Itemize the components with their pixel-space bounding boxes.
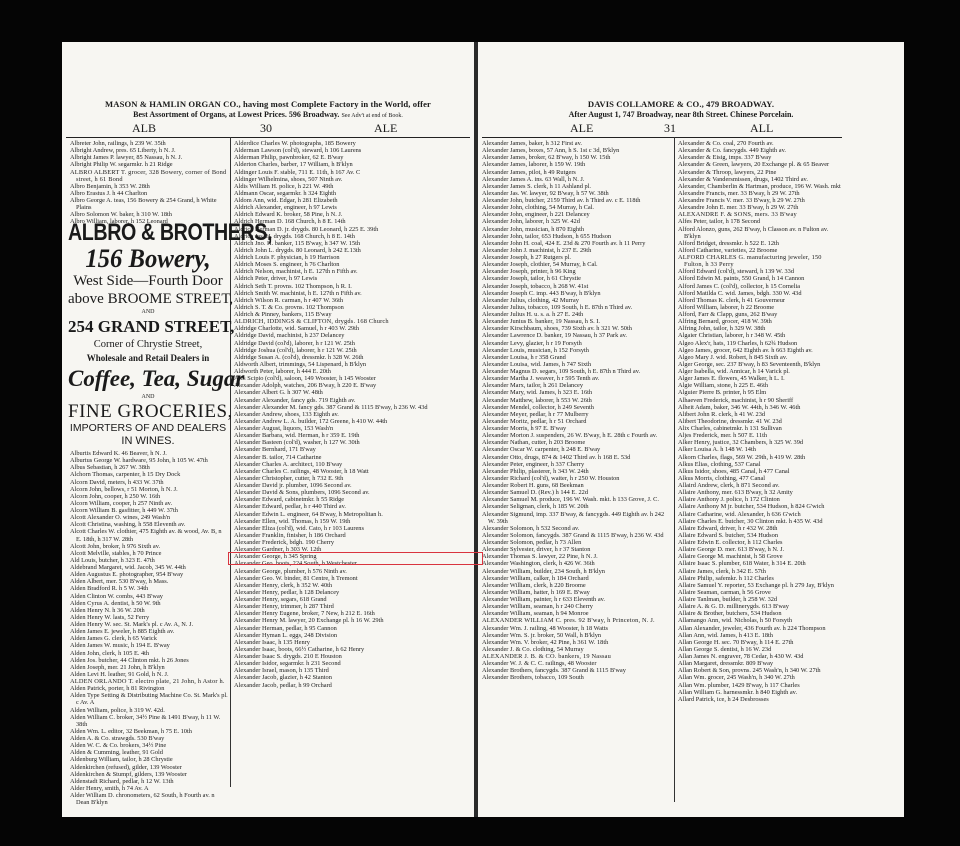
directory-entry: Allaire A. & G. D. millinerygds. 613 B'w… [678, 603, 842, 610]
directory-entry: Alden Levi H. leather, 91 Gold, h N. J. [70, 671, 228, 678]
directory-entry: Algeo Mary J. wid. Robert, h 845 Sixth a… [678, 354, 842, 361]
directory-entry: Alden A. & Co. strawgds. 530 B'way [70, 735, 228, 742]
right-column-divider [674, 137, 675, 802]
directory-entry: Aldrich S. T. & Co. provns. 102 Thompson [234, 304, 470, 311]
directory-entry: Alexander August, liquors, 153 Wash'n [234, 425, 470, 432]
directory-entry: Alexander & Co. coal, 270 Fourth av. [678, 140, 842, 147]
directory-entry: Alker Henry, justice, 32 Chambers, h 325… [678, 439, 842, 446]
directory-entry: Alexander Marx, tailor, h 261 Delancey [482, 382, 672, 389]
directory-entry: Alexander James A. ins. 63 Wall, h N. J. [482, 176, 672, 183]
directory-entry: Alden Type Setting & Distributing Machin… [70, 692, 228, 706]
directory-entry: Alexander Wm. J. railing, 48 Wooster, h … [482, 625, 672, 632]
directory-entry: Aldmann Oscar, segarmkr. h 324 Eighth [234, 190, 470, 197]
directory-entry: Alexander John, laborer, h 325 W. 42d [482, 218, 672, 225]
directory-entry: Alexander Thomas S. lawyer, 22 Pine, h N… [482, 553, 672, 560]
directory-entry: Alexander Otto, drugs, 874 & 1402 Third … [482, 454, 672, 461]
directory-entry: Alden John, clerk, h 105 E. 4th [70, 650, 228, 657]
ad-wholesale-retail: Wholesale and Retail Dealers in [68, 352, 228, 365]
directory-entry: ALEXANDER WILLIAM C. pres. 92 B'way, h P… [482, 617, 672, 624]
directory-entry: Alexander & Eisig, imps. 337 B'way [678, 154, 842, 161]
directory-entry: Alexander James, boxes, 57 Ann, h S. 1st… [482, 147, 672, 154]
directory-entry: Alexander Washington, clerk, h 426 W. 36… [482, 560, 672, 567]
directory-entry: Allamango Ann, wid. Nicholas, h 50 Forsy… [678, 617, 842, 624]
right-guide-word-start: ALE [570, 121, 593, 136]
directory-entry: Aldrich Jno. H. banker, 115 B'way, h 347… [234, 240, 470, 247]
left-header-note: See Adv't at end of Book. [341, 113, 402, 119]
directory-entry: Alexander Christopher, cutter, h 732 E. … [234, 475, 470, 482]
directory-entry: Alexander John H. coal, 424 E. 23d & 270… [482, 240, 672, 247]
directory-entry: Alexander Kirschbaum, shoes, 739 Sixth a… [482, 325, 672, 332]
directory-entry: Albro Solomon W. baker, h 310 W. 18th [70, 211, 228, 218]
directory-entry: Aldrich John L. drygds. 80 Leonard, h 24… [234, 247, 470, 254]
right-header-advert-line1: DAVIS COLLAMORE & CO., 479 BROADWAY. [478, 99, 904, 109]
directory-entry: Alexander Louisa, h r 358 Grand [482, 354, 672, 361]
directory-entry: Algie William, stone, h 225 E. 46th [678, 382, 842, 389]
directory-entry: Alexander Mary, wid. James, h 323 E. 16t… [482, 389, 672, 396]
directory-entry: Alexander Sylvester, driver, h r 37 Stan… [482, 546, 672, 553]
directory-entry: Alder Henry, smith, h 74 Av. A [70, 785, 228, 792]
ad-corner-chrystie: Corner of Chrystie Street, [68, 337, 228, 352]
directory-entry: Allaire Catharine, wid. Alexander, h 636… [678, 511, 842, 518]
directory-entry: Alexander Geo. W. binder, 81 Centre, h T… [234, 575, 470, 582]
directory-entry: Alcorn William, cooper, h 257 Ninth av. [70, 500, 228, 507]
directory-entry: Alexander Alexander M. fancy gds. 387 Gr… [234, 404, 470, 411]
directory-entry: Alexander Isaac, h 135 Henry [234, 639, 470, 646]
directory-entry: Aldrich Herman D. jr. drygds. 80 Leonard… [234, 226, 470, 233]
directory-entry: ALFORD CHARLES G. manufacturing jeweler,… [678, 254, 842, 268]
directory-entry: Alden William, police, h 319 W. 42d. [70, 707, 228, 714]
directory-entry: Allan Wm. plumber, 1429 B'way, h 117 Cha… [678, 682, 842, 689]
directory-entry: Alexander Joseph, tailor, h 61 Chrystie [482, 275, 672, 282]
directory-entry: Alexander John, butcher, 2159 Third av. … [482, 197, 672, 204]
directory-entry: Alexander Andrew, shoes, 133 Eighth av. [234, 411, 470, 418]
directory-entry: Alford Matilda C. wid. James, bdgh. 330 … [678, 290, 842, 297]
directory-entry: Alexander William, seaman, h 94 Monroe [482, 610, 672, 617]
directory-entry: Allan Robert & Son, provns. 245 Wash'n, … [678, 667, 842, 674]
directory-entry: Allaire Anthony, mer. 613 B'way, h 32 Am… [678, 489, 842, 496]
directory-entry: Alexander & Co. fancygds. 449 Eighth av. [678, 147, 842, 154]
directory-entry: Alcott Christina, washing, h 558 Elevent… [70, 521, 228, 528]
directory-entry: Alexander Martha J. weaver, h r 595 Tent… [482, 375, 672, 382]
column4-list: Alexander & Co. coal, 270 Fourth av.Alex… [678, 140, 842, 703]
directory-entry: Alexander Henry, segars, 618 Grand [234, 596, 470, 603]
directory-entry: Allaire George D. mer. 613 B'way, h N. J… [678, 546, 842, 553]
directory-entry: Aldridge Susan A. (col'd), dressmkr. h 3… [234, 354, 470, 361]
column1-bottom-list: Alburtis Edward K. 46 Beaver, h N. J.Alb… [70, 450, 228, 806]
directory-entry: Albro Erastus J. h 44 Charlton [70, 190, 228, 197]
directory-entry: Alfring Bernard, grocer, 418 W. 39th [678, 318, 842, 325]
directory-entry: Alder William D. chronometers, 62 South,… [70, 792, 228, 806]
directory-entry: Alexander Andrew L. A. builder, 172 Gree… [234, 418, 470, 425]
directory-entry: Alexander William, builder, 234 South, h… [482, 568, 672, 575]
directory-entry: Alexander Bernhard, 171 B'way [234, 446, 470, 453]
right-guide-word-end: ALL [750, 121, 773, 136]
directory-entry: Alford, Farr & Clapp, guns, 262 B'way [678, 311, 842, 318]
ad-west-side: West Side—Fourth Door [68, 272, 228, 290]
directory-entry: Alexander Oscar W. carpenter, h 248 E. B… [482, 446, 672, 453]
directory-entry: Alcorn William B. gasfitter, h 449 W. 37… [70, 507, 228, 514]
directory-entry: Alden James W. music, h 194 E. B'way [70, 642, 228, 649]
directory-entry: Allard Patrick, ice, h 24 Desbrosses [678, 696, 842, 703]
directory-entry: Alexander William, clerk, h 220 Broome [482, 582, 672, 589]
left-page-number: 30 [260, 121, 272, 136]
directory-entry: Ales Scipio (col'd), saloon, 149 Wooster… [234, 375, 470, 382]
directory-entry: Aldrich Peter, driver, h 97 Lewis [234, 275, 470, 282]
directory-entry: Alexander Robert H. guns, 68 Beekman [482, 482, 672, 489]
directory-entry: Allaire Anthony M jr. butcher, 534 Hudso… [678, 503, 842, 510]
directory-entry: Alexander Seligman, clerk, h 185 W. 20th [482, 503, 672, 510]
directory-entry: Alden Bradford R. h 5 W. 34th [70, 585, 228, 592]
directory-entry: Algeo James, grocer, 642 Eighth av. h 66… [678, 347, 842, 354]
directory-entry: Alexander David jr. plumber, 1096 Second… [234, 482, 470, 489]
directory-entry: Alden Albert, mer. 530 B'way, h Mass. [70, 578, 228, 585]
directory-entry: Alcott Alexander O. wines, 249 Wash'n [70, 514, 228, 521]
directory-entry: Alexander Albert G. h 307 W. 48th [234, 389, 470, 396]
directory-entry: Allan William G. harnessmkr. h 840 Eight… [678, 689, 842, 696]
directory-entry: Alexander W. J. & C. C. railings, 48 Woo… [482, 660, 672, 667]
ad-fine-groceries: FINE GROCERIES, [68, 402, 228, 422]
directory-entry: Alexander George, plumber, h 576 Ninth a… [234, 568, 470, 575]
directory-entry: Alford James C. (col'd), collector, h 15… [678, 283, 842, 290]
right-page: DAVIS COLLAMORE & CO., 479 BROADWAY. Aft… [478, 42, 904, 817]
directory-entry: Alexander Joseph, printer, h 96 King [482, 268, 672, 275]
directory-entry: Alexander James, pilot, h 49 Rutgers [482, 169, 672, 176]
directory-entry: Allaire George M. machinist, h 58 Grove [678, 553, 842, 560]
directory-entry: Alexander Brothers, fancygds. 387 Grand … [482, 667, 672, 674]
directory-entry: Allan Margaret, dressmkr. 809 B'way [678, 660, 842, 667]
directory-entry: Alfes Peter, tailor, h 178 Second [678, 218, 842, 225]
directory-entry: Alden Wm. L. editor, 32 Beekman, h 75 E.… [70, 728, 228, 735]
directory-entry: Aldrich Louis F. physician, h 19 Harriso… [234, 254, 470, 261]
directory-entry: Alexandre Francis V. mer. 33 B'way, h 29… [678, 197, 842, 204]
directory-entry: Aldrich Jas. H. drygds. 168 Church, h 8 … [234, 233, 470, 240]
directory-entry: Aldis William H. police, h 221 W. 49th [234, 183, 470, 190]
directory-entry: Alexander Louis, musician, h 152 Forsyth [482, 347, 672, 354]
directory-entry: Alexander Isidor, segarmkr. h 231 Second [234, 660, 470, 667]
directory-entry: Alexander Morris, h 97 E. B'way [482, 425, 672, 432]
directory-entry: Alden & Cumming, leather, 91 Gold [70, 749, 228, 756]
directory-entry: Alford Bridget, dressmkr. h 522 E. 12th [678, 240, 842, 247]
directory-entry: Aldridge Joshua (col'd), laborer, h r 12… [234, 347, 470, 354]
directory-entry: Albreter John, railings, h 239 W. 35th [70, 140, 228, 147]
directory-entry: Alexander Hyman L. eggs, 248 Division [234, 632, 470, 639]
left-page: MASON & HAMLIN ORGAN CO., having most Co… [62, 42, 474, 817]
directory-entry: Aldrich Alexander, engineer, h 97 Lewis [234, 204, 470, 211]
directory-entry: ALEXANDRE F. & SONS, mers. 33 B'way [678, 211, 842, 218]
directory-entry: Alkorn Charles, flags, 569 W. 29th, h 41… [678, 454, 842, 461]
right-page-number: 31 [664, 121, 676, 136]
directory-entry: Alexander Philip, plasterer, h 343 W. 24… [482, 468, 672, 475]
directory-entry: Alger George, sec. 237 B'way, h 83 Seven… [678, 361, 842, 368]
directory-entry: Alexander David & Sons, plumbers, 1096 S… [234, 489, 470, 496]
ad-and-1: AND [68, 308, 228, 317]
directory-entry: Allaire James, clerk, h 342 E. 57th [678, 568, 842, 575]
directory-entry: Allan James N. engraver, 78 Cedar, h 430… [678, 653, 842, 660]
directory-entry: Allaire Philip, safemkr. h 112 Charles [678, 575, 842, 582]
directory-entry: Alden W. C. & Co. brokers, 34½ Pine [70, 742, 228, 749]
ad-company-name: ALBRO & BROTHERS, [68, 220, 207, 246]
directory-entry: ALDEN ORLANDO T. electro plate, 21 John,… [70, 678, 228, 685]
directory-entry: Alexandre Francis, mer. 33 B'way, h 29 W… [678, 190, 842, 197]
directory-entry: Alden James G. clerk, h 65 Varick [70, 635, 228, 642]
directory-entry: Allaire Anthony J. police, h 172 Clinton [678, 496, 842, 503]
directory-entry: Alden Henry W. lasts, 52 Ferry [70, 614, 228, 621]
directory-entry: Alexander Junius B. banker, 19 Nassau, h… [482, 318, 672, 325]
directory-entry: Allaire Tanlman, builder, h 258 W. 32d [678, 596, 842, 603]
directory-entry: Albus Sebastian, h 267 W. 38th [70, 464, 228, 471]
directory-entry: Alexander Charles A. architect, 110 B'wa… [234, 461, 470, 468]
directory-entry: Alexander James, laborer, h 159 W. 19th [482, 161, 672, 168]
directory-entry: Alexander Alexander, fancy gds. 719 Eigh… [234, 397, 470, 404]
directory-entry: Aldrich Edward K. broker, 58 Pine, h N. … [234, 211, 470, 218]
directory-entry: Alexander Meyer, pedlar, h r 77 Mulberry [482, 411, 672, 418]
directory-entry: Alden Cyrus A. dentist, h 50 W. 9th [70, 600, 228, 607]
directory-entry: Alexander Matthew, laborer, h 553 W. 26t… [482, 397, 672, 404]
column1-top-list: Albreter John, railings, h 239 W. 35thAl… [70, 140, 228, 226]
directory-entry: Alcott Charles W. clothier, 475 Eighth a… [70, 528, 228, 542]
directory-entry: Alkus Elias, clothing, 537 Canal [678, 461, 842, 468]
directory-entry: Alker Louisa A. h 148 W. 14th [678, 446, 842, 453]
directory-entry: Aldridge David (col'd), laborer, h r 121… [234, 340, 470, 347]
directory-entry: Alexander Jacob, pedlar, h 99 Orchard [234, 682, 470, 689]
directory-entry: Alchorn Thomas, carpenter, h 15 Dry Dock [70, 471, 228, 478]
directory-entry: Alexander Solomon, h 532 Second av. [482, 525, 672, 532]
directory-entry: Allaire Charles E. butcher, 30 Clinton m… [678, 518, 842, 525]
directory-entry: Alcorn David, meters, h 433 W. 37th [70, 479, 228, 486]
ad-coffee-tea-sugar: Coffee, Tea, Sugar [68, 365, 228, 393]
directory-entry: Alexander John, engineer, h 221 Delancey [482, 211, 672, 218]
column3-list: Alexander James, baker, h 312 First av.A… [482, 140, 672, 682]
directory-entry: Allaire Samuel Y. reporter, 53 Exchange … [678, 582, 842, 589]
ad-above-broome: above BROOME STREET, [68, 290, 228, 308]
directory-entry: Aldrich Nelson, machinist, h E. 127th n … [234, 268, 470, 275]
left-guide-word-end: ALE [374, 121, 397, 136]
directory-entry: Alexander Frederick, bdgh. 190 Cherry [234, 539, 470, 546]
directory-entry: Alburtis Edward K. 46 Beaver, h N. J. [70, 450, 228, 457]
directory-entry: Alford Alonzo, guns, 262 B'way, h Classo… [678, 226, 842, 240]
directory-entry: Alexander Nathan, cutter, h 203 Broome [482, 439, 672, 446]
left-running-head: ALB 30 ALE [62, 121, 474, 135]
directory-entry: Alford William, laborer, h 22 Broome [678, 304, 842, 311]
directory-entry: Alexander B. tailor, 714 Catharine [234, 454, 470, 461]
directory-entry: Alexander Jacob, glazier, h 42 Stanton [234, 674, 470, 681]
directory-entry: Alexandre John E. mer. 33 B'way, h 29 W.… [678, 204, 842, 211]
directory-entry: Alexander John, musician, h 870 Eighth [482, 226, 672, 233]
directory-entry: Aldenburg William, tailor, h 28 Chrystie [70, 756, 228, 763]
directory-entry: Alexander Henry, clerk, h 352 W. 40th [234, 582, 470, 589]
directory-entry: Alford Catharine, varieties, 22 Broome [678, 247, 842, 254]
directory-entry: Alexander James, broker, 62 B'way, h 150… [482, 154, 672, 161]
albro-brothers-advertisement: ALBRO & BROTHERS, 156 Bowery, West Side—… [68, 220, 228, 448]
directory-entry: Alexander Magnus D. segars, 109 South, h… [482, 368, 672, 375]
left-header-advert-text: Best Assortment of Organs, at Lowest Pri… [133, 110, 339, 119]
directory-entry: Alexander Charles C. railings, 48 Wooste… [234, 468, 470, 475]
directory-entry: Alexander Isaac, boots, 66½ Catharine, h… [234, 646, 470, 653]
directory-entry: Alden Henry N. h 36 W. 20th [70, 607, 228, 614]
directory-entry: Aldridge Charlotte, wid. Samuel, h r 403… [234, 325, 470, 332]
directory-entry: Alexander Solomon, fancygds. 387 Grand &… [482, 532, 672, 539]
directory-entry: Aldworth Albert, trimmings, 54 Lispenard… [234, 361, 470, 368]
directory-entry: Allaire Edward, driver, h r 432 W. 28th [678, 525, 842, 532]
directory-entry: Alderton Charles, barber, 17 William, h … [234, 161, 470, 168]
directory-entry: Aljes Frederick, mer. h 507 E. 11th [678, 432, 842, 439]
directory-entry: Alexander Isaac S. drygds. 210 E Houston [234, 653, 470, 660]
directory-entry: Aldridge David, machinist, h 237 Delance… [234, 332, 470, 339]
directory-entry: ALEXANDER J. B. & CO. bankers, 19 Nassau [482, 653, 672, 660]
directory-entry: Alcott John, broker, h 976 Sixth av. [70, 543, 228, 550]
directory-entry: Alexander Ellen, wid. Thomas, h 159 W. 1… [234, 518, 470, 525]
directory-entry: ALDRICH, IDDINGS & CLIFTON, drygds. 168 … [234, 318, 470, 325]
directory-entry: Algaier Christian, laborer, h r 348 W. 4… [678, 332, 842, 339]
directory-entry: Alden James E. jeweler, h 885 Eighth av. [70, 628, 228, 635]
directory-entry: Alexander William, painter, h r 633 Elev… [482, 596, 672, 603]
directory-entry: Aldrich Herman D. 168 Church, h 8 E. 14t… [234, 218, 470, 225]
directory-entry: Albright Andrew, pres. 65 Liberty, h N. … [70, 147, 228, 154]
directory-entry: Alix Charles, cabinetmkr. h 131 Sullivan [678, 425, 842, 432]
right-running-head: ALE 31 ALL [478, 121, 904, 135]
directory-entry: Alibert John R. clerk, h 41 W. 23d [678, 411, 842, 418]
directory-entry: Alexander Levy, glazier, h r 19 Forsyth [482, 340, 672, 347]
directory-entry: Alford Edward (col'd), steward, h 139 W.… [678, 268, 842, 275]
directory-entry: Alexander & Throop, lawyers, 22 Pine [678, 169, 842, 176]
directory-entry: Alcorn John, bellows, r 51 Morton, h N. … [70, 486, 228, 493]
directory-entry: Alexander Richard (col'd), waiter, h r 2… [482, 475, 672, 482]
directory-entry: ALBRO ALBERT T. grocer, 328 Bowery, corn… [70, 169, 228, 183]
directory-entry: Alden Jos. butcher, 44 Clinton mkt. h 26… [70, 657, 228, 664]
directory-entry: Aldenstadt Richard, pedlar, h 12 W. 13th [70, 778, 228, 785]
directory-entry: Alexander William, seaman, h r 240 Cherr… [482, 603, 672, 610]
directory-entry: Allan Alexander, jeweler, 436 Fourth av.… [678, 625, 842, 632]
left-header-advert-line1: MASON & HAMLIN ORGAN CO., having most Co… [62, 99, 474, 109]
directory-entry: Alexander J. & Co. clothing, 54 Murray [482, 646, 672, 653]
directory-entry: Alguier Pierre B. printer, h 95 Elm [678, 389, 842, 396]
directory-entry: Alhaeven Frederick, machinist, h r 90 Sh… [678, 397, 842, 404]
directory-entry: Alburtus George W. hardware, 95 John, h … [70, 457, 228, 464]
directory-entry: Alkus Isidor, shoes, 485 Canal, h 477 Ca… [678, 468, 842, 475]
directory-entry: Alexander Franklin, finisher, h 186 Orch… [234, 532, 470, 539]
directory-entry: Alden Henry W. sec. St. Mark's pl. c Av.… [70, 621, 228, 628]
directory-entry: Alexander Edward, cabinetmkr. h 55 Ridge [234, 496, 470, 503]
directory-entry: Alexander Basteen (col'd), washer, h 127… [234, 439, 470, 446]
directory-entry: Allaire & Brother, butchers, 534 Hudson [678, 610, 842, 617]
directory-entry: Alexander Henry, trimmer, h 287 Third [234, 603, 470, 610]
ad-grand-street: 254 GRAND STREET, [68, 317, 228, 337]
directory-entry: Aldrich & Pinney, bankers, 115 B'way [234, 311, 470, 318]
directory-entry: Algeo Alex'r, hats, 119 Charles, h 62¾ H… [678, 340, 842, 347]
directory-entry: Allaird Andrew, clerk, h 871 Second av. [678, 482, 842, 489]
directory-entry: Alderdice Charles W. photographs, 185 Bo… [234, 140, 470, 147]
directory-entry: Alexander Wm. V. broker, 42 Pine, h 361 … [482, 639, 672, 646]
directory-entry: Allaire Isaac S. plumber, 618 Water, h 3… [678, 560, 842, 567]
directory-entry: Alexander John, tailor, 653 Hudson, h 65… [482, 233, 672, 240]
directory-entry: Alkus Morris, clothing, 477 Canal [678, 475, 842, 482]
directory-entry: Allaire Seaman, carman, h 56 Grove [678, 589, 842, 596]
directory-entry: Alexander & Green, lawyers, 20 Exchange … [678, 161, 842, 168]
directory-entry: Alexander, Chamberlin & Hartman, produce… [678, 183, 842, 190]
directory-entry: Alexander Julius, tobacco, 109 South, h … [482, 304, 672, 311]
directory-entry: Alderman Philip, pawnbroker, 62 E. B'way [234, 154, 470, 161]
directory-entry: Alheit Adam, baker, 346 W. 44th, h 346 W… [678, 404, 842, 411]
directory-entry: Aldworth Peter, laborer, h 444 E. 20th [234, 368, 470, 375]
directory-entry: Alexander & Vandersmissen, drugs, 1402 T… [678, 176, 842, 183]
directory-entry: Alexander Edward, pedlar, h r 440 Third … [234, 503, 470, 510]
directory-entry: Aldebrand Margaret, wid. Jacob, 345 W. 4… [70, 564, 228, 571]
left-header-advert-line2: Best Assortment of Organs, at Lowest Pri… [62, 110, 474, 119]
column2-list: Alderdice Charles W. photographs, 185 Bo… [234, 140, 470, 689]
directory-entry: Alexander William, calker, h 184 Orchard [482, 575, 672, 582]
directory-entry: Aldinger Louis F. stable, 711 E. 11th, h… [234, 169, 470, 176]
directory-entry: Allan Wm. grocer, 245 Wash'n, h 340 W. 2… [678, 674, 842, 681]
directory-entry: Alexander Henry Eugene, broker, 7 New, h… [234, 610, 470, 617]
directory-entry: Alden Patrick, porter, h 81 Rivington [70, 685, 228, 692]
directory-entry: Alexander Edwin L. engineer, 64 B'way, h… [234, 511, 470, 518]
ad-address-bowery: 156 Bowery, [72, 246, 224, 272]
directory-entry: Alderman Lawson (col'd), steward, h 106 … [234, 147, 470, 154]
directory-entry: Alexander Jas. W. lawyer, 92 B'way, h 57… [482, 190, 672, 197]
directory-entry: Alfring John, tailor, h 329 W. 38th [678, 325, 842, 332]
directory-entry: Alexander Peter, engineer, h 337 Cherry [482, 461, 672, 468]
directory-entry: Alexander Joseph, h 27 Rutgers pl. [482, 254, 672, 261]
directory-entry: Alcorn John, cooper, h 250 W. 16th [70, 493, 228, 500]
directory-entry: Alexander Solomon, pedlar, h 73 Allen [482, 539, 672, 546]
directory-entry: Alexander James, baker, h 312 First av. [482, 140, 672, 147]
right-header-advert-line2: After August 1, 747 Broadway, near 8th S… [478, 110, 904, 119]
directory-entry: Allan George S. dentist, h 16 W. 23d [678, 646, 842, 653]
right-header-rule [482, 137, 842, 138]
directory-entry: Alford Thomas K. clerk, h 41 Gouverneur [678, 297, 842, 304]
directory-entry: Albright Philip W. segarmkr. h 21 Ridge [70, 161, 228, 168]
left-header-rule [66, 137, 470, 138]
directory-entry: Alexander Julius H. u. s. a. h 27 E. 24t… [482, 311, 672, 318]
directory-entry: Alexander William, hatter, h 169 E. B'wa… [482, 589, 672, 596]
directory-entry: Alexander James S. clerk, h 11 Ashland p… [482, 183, 672, 190]
directory-entry: Ald Louis, butcher, h 323 E. 47th [70, 557, 228, 564]
directory-entry: Alden Joseph, mer. 21 John, h B'klyn [70, 664, 228, 671]
directory-entry: Alden Augustus E. photographer, 954 B'wa… [70, 571, 228, 578]
directory-entry: Alexander Joseph, clothier, 54 Murray, h… [482, 261, 672, 268]
directory-entry: Alexander Samuel M. produce, 196 W. Wash… [482, 496, 672, 503]
directory-entry: Aldenkirchen (refused), gilder, 139 Woos… [70, 764, 228, 771]
directory-entry: Allan Ann, wid. James, h 413 E. 18th [678, 632, 842, 639]
directory-entry: Aldrich Moses S. engineer, h 76 Charlton [234, 261, 470, 268]
directory-entry: Alexander Joseph, tobacco, h 268 W. 41st [482, 283, 672, 290]
directory-entry: Alford Edwin M. paints, 550 Grand, h 14 … [678, 275, 842, 282]
directory-entry: Aldrich Wilson R. carman, h r 407 W. 36t… [234, 297, 470, 304]
directory-entry: Alexander Lawrence D. banker, 19 Nassau,… [482, 332, 672, 339]
directory-entry: Albright James P. lawyer, 85 Nassau, h N… [70, 154, 228, 161]
directory-entry: Alexander John J. machinist, h 237 E. 29… [482, 247, 672, 254]
directory-entry: Alexander Julius, clothing, 42 Murray [482, 297, 672, 304]
directory-entry: Alexander John, clothing, 54 Murray, h C… [482, 204, 672, 211]
ad-importers-dealers: IMPORTERS OF AND DEALERS [68, 422, 228, 435]
directory-entry: Alden William C. broker, 34½ Pine & 1491… [70, 714, 228, 728]
directory-entry: Aldinger Wilhelmina, shoes, 507 Ninth av… [234, 176, 470, 183]
directory-entry: Alexander Brothers, tobacco, 109 South [482, 674, 672, 681]
directory-entry: Alexander Mendel, collector, h 249 Seven… [482, 404, 672, 411]
directory-entry: Albro Benjamin, h 353 W. 28th [70, 183, 228, 190]
directory-entry: Alcott Melville, stables, h 70 Prince [70, 550, 228, 557]
directory-entry: Aldenkirchen & Stumpf, gilders, 139 Woos… [70, 771, 228, 778]
directory-entry: Allaire Edward S. butcher, 534 Hudson [678, 532, 842, 539]
directory-entry: Alexander Eliza (col'd), wid. Cato, h r … [234, 525, 470, 532]
directory-entry: Alexander Moritz, pedlar, h r 51 Orchard [482, 418, 672, 425]
directory-entry: Allan George H. sec. 70 B'way, h 114 E. … [678, 639, 842, 646]
directory-entry: Alexander Sigmund, imp. 337 B'way, & fan… [482, 511, 672, 525]
directory-entry: Albro George A. teas, 156 Bowery & 254 G… [70, 197, 228, 211]
directory-entry: Alexander Samuel D. (Rev.) h 144 E. 22d [482, 489, 672, 496]
directory-entry: Alexander Wm. S. jr. broker, 50 Wall, h … [482, 632, 672, 639]
directory-entry: Alexander Israel, mason, h 135 Third [234, 667, 470, 674]
